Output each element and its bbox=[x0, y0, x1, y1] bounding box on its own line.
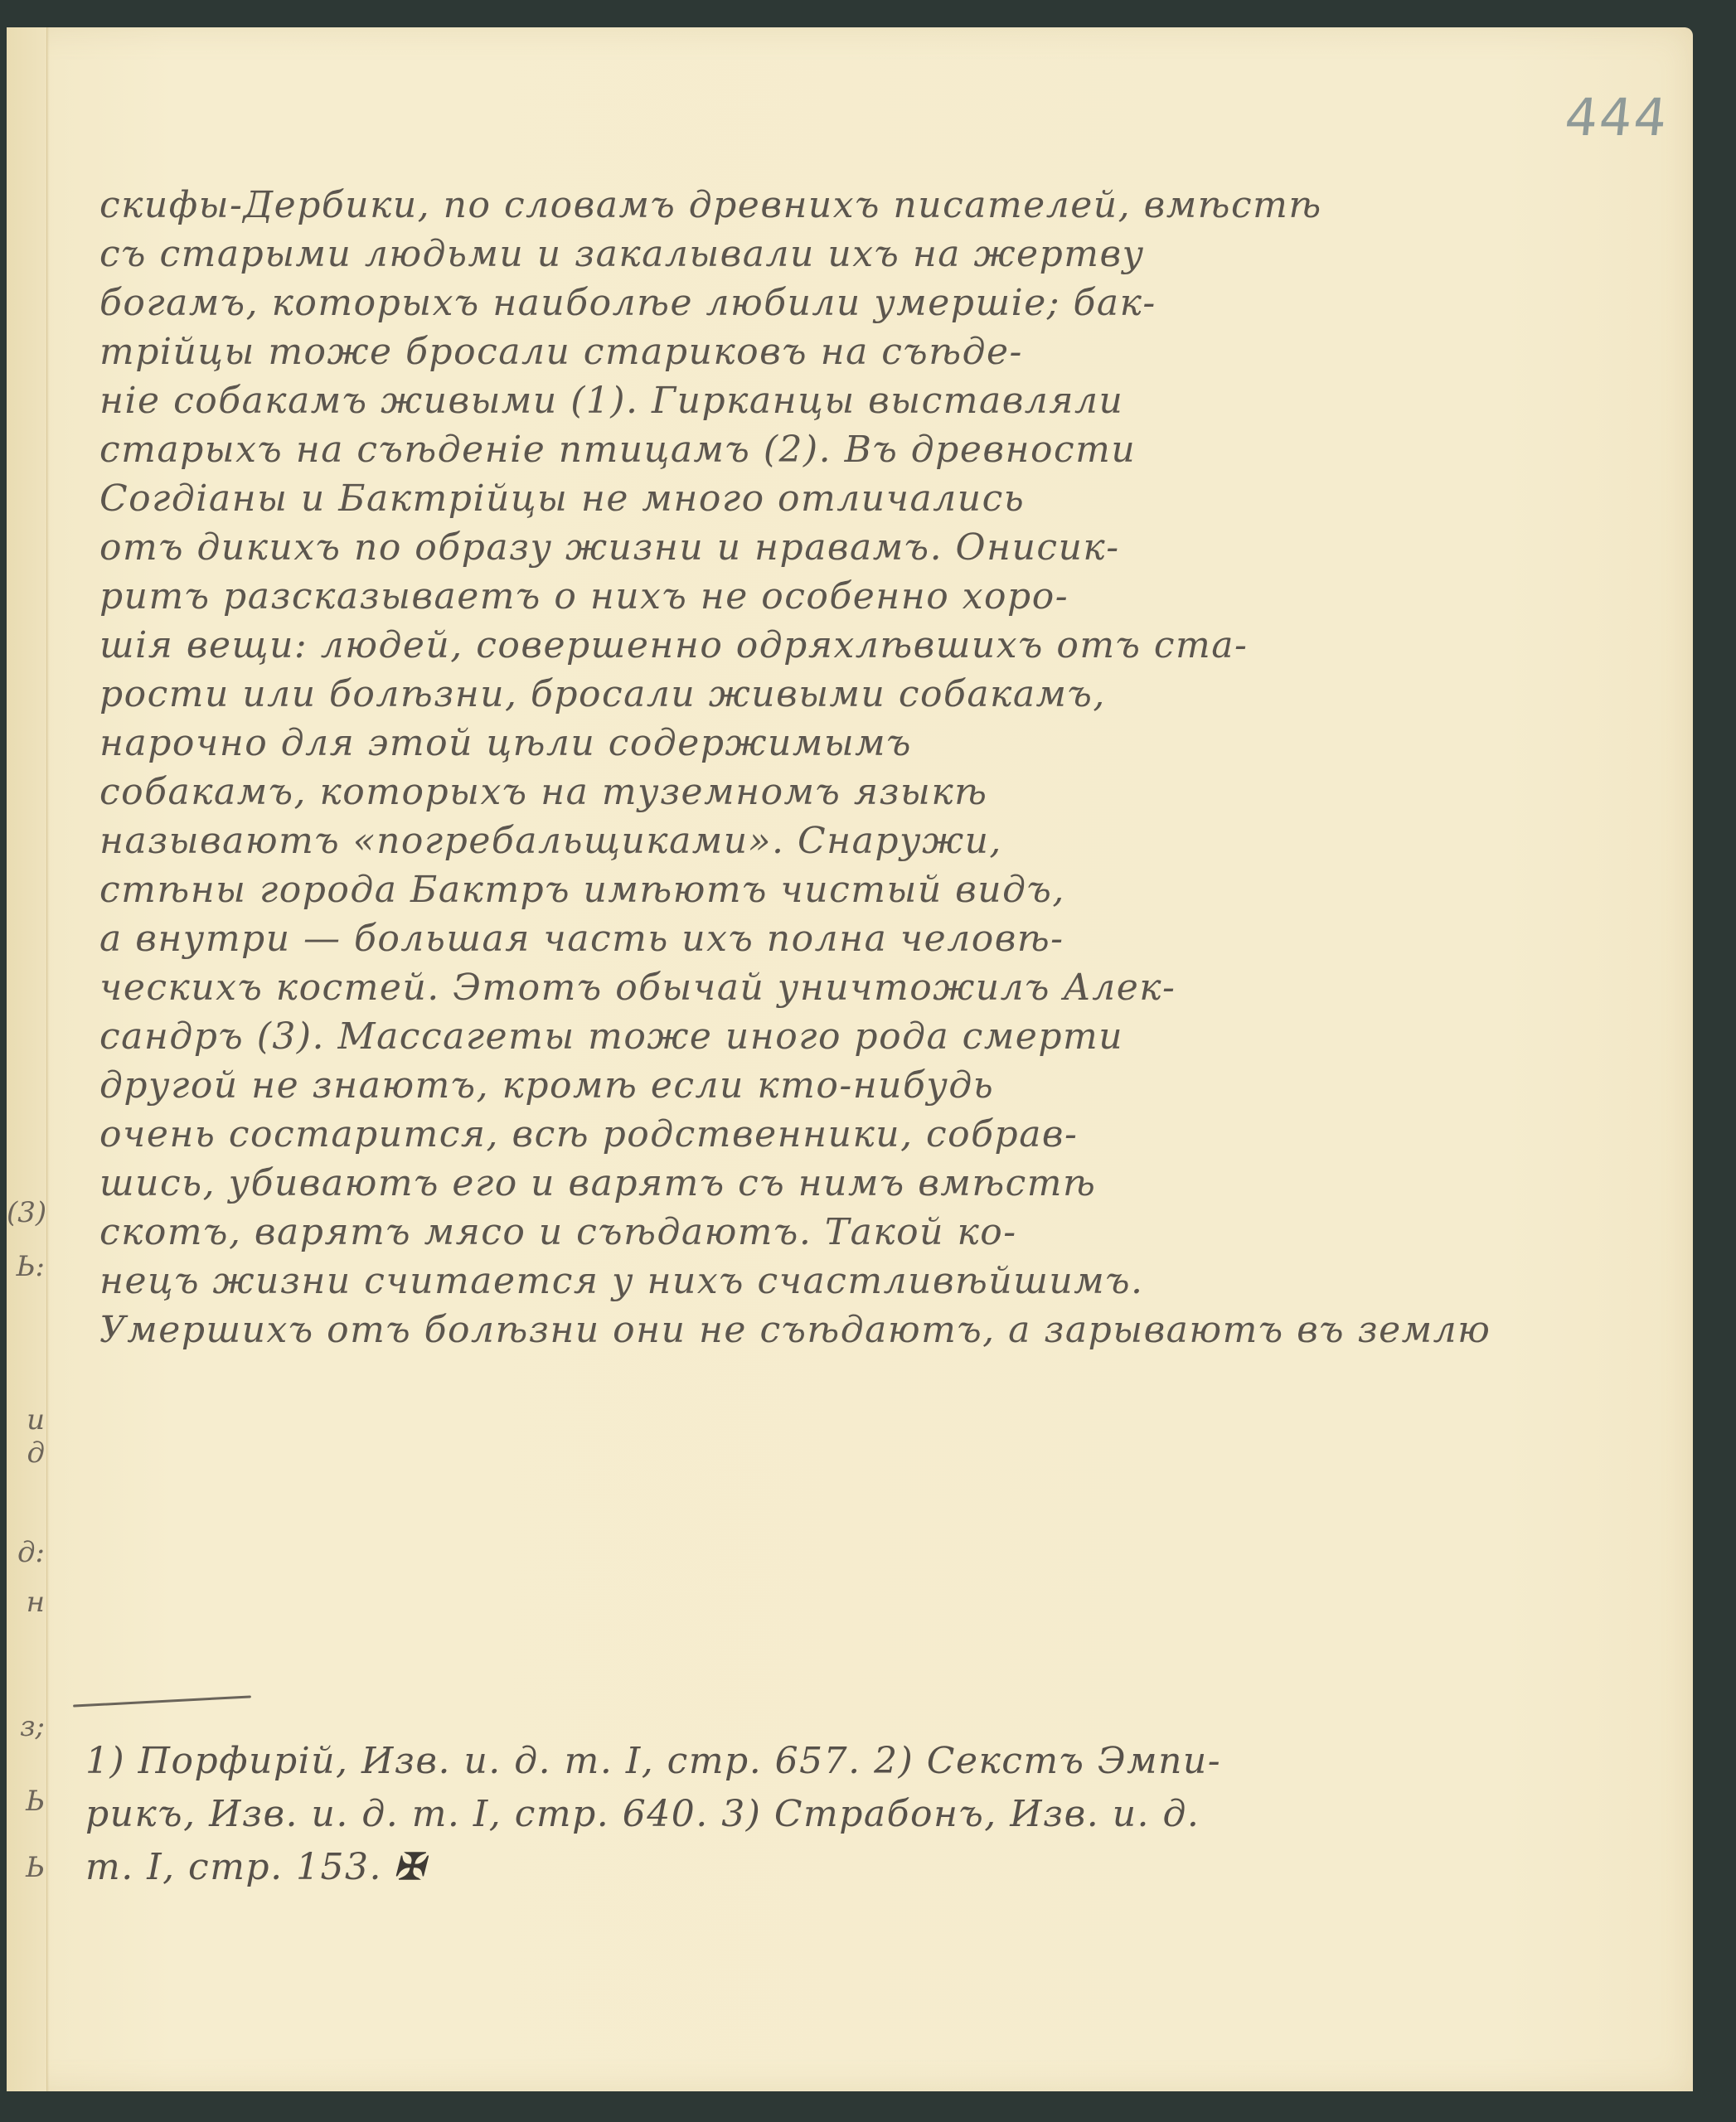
text-line: называютъ «погребальщиками». Снаружи, bbox=[99, 816, 1691, 865]
footnote-line: т. I, стр. 153.✠ bbox=[85, 1841, 1685, 1894]
text-line: скотъ, варятъ мясо и съѣдаютъ. Такой ко- bbox=[99, 1208, 1691, 1257]
text-line: ритъ разсказываетъ о нихъ не особенно хо… bbox=[99, 572, 1691, 621]
text-line: ніе собакамъ живыми (1). Гирканцы выстав… bbox=[99, 376, 1691, 425]
text-line: отъ дикихъ по образу жизни и нравамъ. Он… bbox=[99, 523, 1691, 572]
text-line: другой не знаютъ, кромѣ если кто-нибудь bbox=[99, 1061, 1691, 1110]
text-line: нецъ жизни считается у нихъ счастливѣйши… bbox=[99, 1257, 1691, 1306]
footnote-separator bbox=[73, 1695, 251, 1707]
text-line: рости или болѣзни, бросали живыми собака… bbox=[99, 670, 1691, 719]
text-line: сандръ (3). Массагеты тоже иного рода см… bbox=[99, 1012, 1691, 1061]
text-line: стѣны города Бактръ имѣютъ чистый видъ, bbox=[99, 865, 1691, 914]
text-line: а внутри — большая часть ихъ полна челов… bbox=[99, 914, 1691, 963]
margin-bleedthrough: з; bbox=[7, 1710, 45, 1743]
text-line: Согдіаны и Бактрійцы не много отличались bbox=[99, 474, 1691, 523]
text-line: шись, убиваютъ его и варятъ съ нимъ вмѣс… bbox=[99, 1159, 1691, 1208]
footnote-line: рикъ, Изв. и. д. т. I, стр. 640. 3) Стра… bbox=[85, 1788, 1685, 1841]
footnotes: 1) Порфирій, Изв. и. д. т. I, стр. 657. … bbox=[85, 1735, 1685, 1894]
text-line: трійцы тоже бросали стариковъ на съѣде- bbox=[99, 327, 1691, 376]
footnote-line: 1) Порфирій, Изв. и. д. т. I, стр. 657. … bbox=[85, 1735, 1685, 1788]
margin-bleedthrough: д bbox=[7, 1436, 45, 1470]
manuscript-body: скифы-Дербики, по словамъ древнихъ писат… bbox=[99, 181, 1691, 1354]
text-line: богамъ, которыхъ наиболѣе любили умершіе… bbox=[99, 279, 1691, 327]
text-line: скифы-Дербики, по словамъ древнихъ писат… bbox=[99, 181, 1691, 230]
footnote-text: т. I, стр. 153. bbox=[85, 1846, 382, 1888]
text-line: съ старыми людьми и закалывали ихъ на же… bbox=[99, 230, 1691, 279]
end-mark-icon: ✠ bbox=[394, 1841, 425, 1894]
page-fold bbox=[46, 27, 50, 2091]
previous-page-edge bbox=[7, 27, 47, 2091]
margin-bleedthrough: и bbox=[7, 1403, 45, 1436]
text-line: Умершихъ отъ болѣзни они не съѣдаютъ, а … bbox=[99, 1306, 1691, 1354]
margin-bleedthrough: н bbox=[7, 1586, 45, 1619]
margin-bleedthrough: Ь: bbox=[7, 1250, 45, 1283]
manuscript-page: (3) Ь: и д д: н з; Ь Ь 444 скифы-Дербики… bbox=[7, 27, 1693, 2091]
text-line: очень состарится, всѣ родственники, собр… bbox=[99, 1110, 1691, 1159]
margin-bleedthrough: Ь bbox=[7, 1785, 45, 1818]
text-line: шія вещи: людей, совершенно одряхлѣвшихъ… bbox=[99, 621, 1691, 670]
margin-bleedthrough: (3) bbox=[7, 1196, 45, 1229]
margin-bleedthrough: д: bbox=[7, 1536, 45, 1569]
text-line: старыхъ на съѣденіе птицамъ (2). Въ древ… bbox=[99, 425, 1691, 474]
folio-number: 444 bbox=[1562, 87, 1671, 148]
text-line: ческихъ костей. Этотъ обычай уничтожилъ … bbox=[99, 963, 1691, 1012]
text-line: собакамъ, которыхъ на туземномъ языкѣ bbox=[99, 768, 1691, 816]
text-line: нарочно для этой цѣли содержимымъ bbox=[99, 719, 1691, 768]
margin-bleedthrough: Ь bbox=[7, 1851, 45, 1884]
